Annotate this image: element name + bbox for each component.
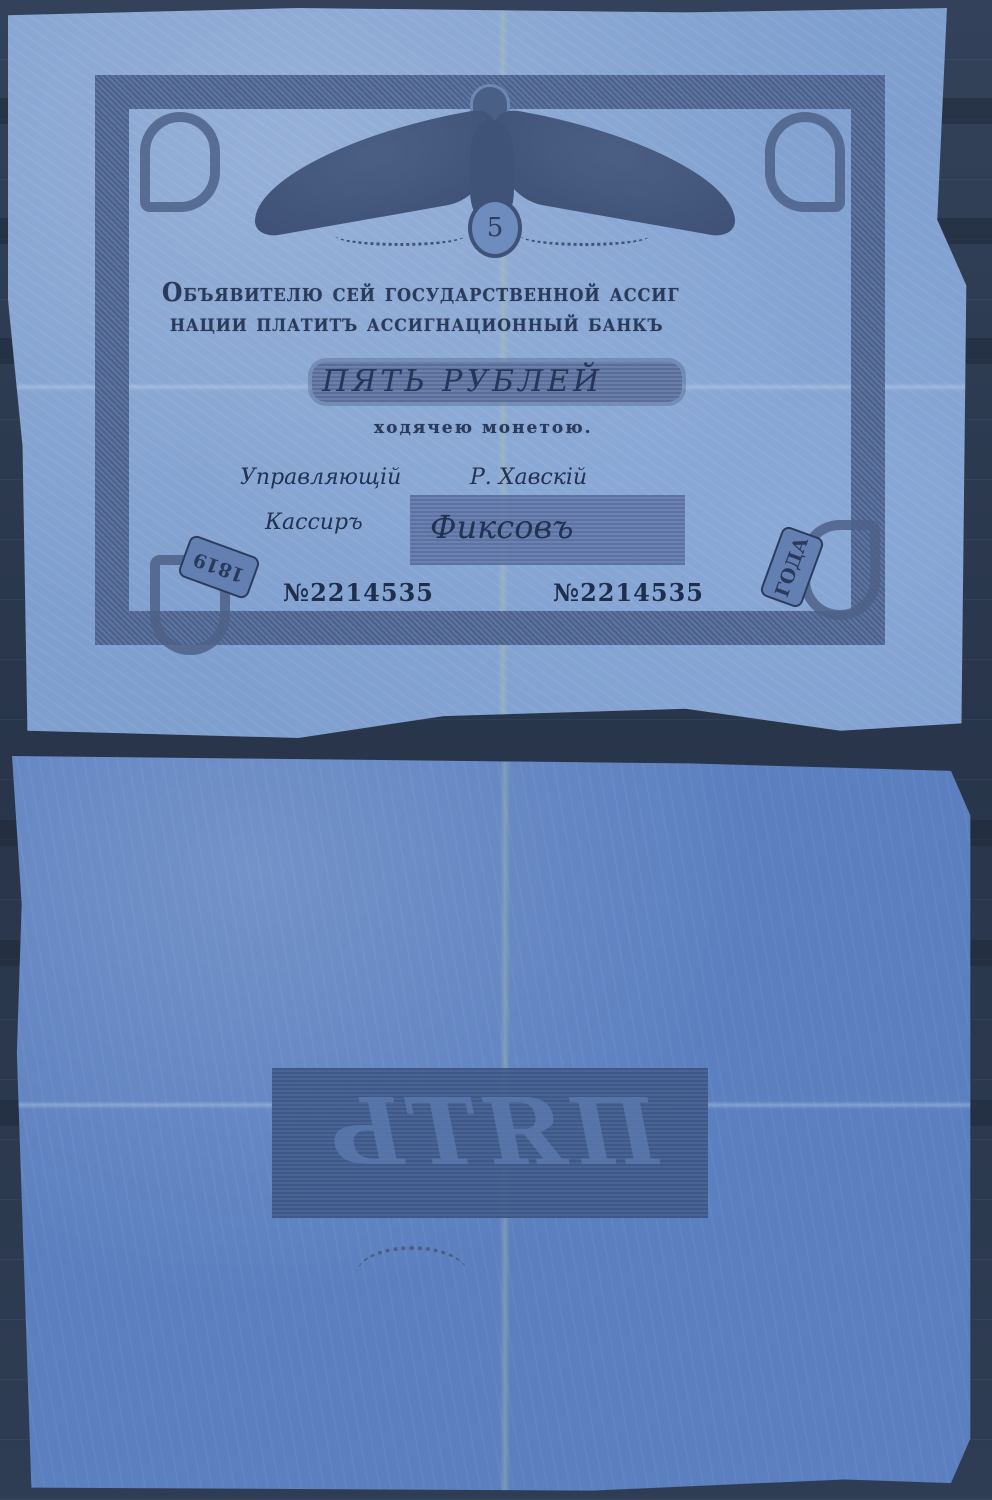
mirrored-denomination: ПЯТЬ xyxy=(272,1078,708,1186)
laurel-branch-icon xyxy=(520,225,650,246)
serial-number-right: №2214535 xyxy=(553,578,704,607)
corner-ornament-left xyxy=(140,112,220,212)
text-line-4: ходячею монетою. xyxy=(374,418,593,438)
denomination: ПЯТЬ РУБЛЕЙ xyxy=(322,364,603,399)
value-medallion: 5 xyxy=(468,198,522,258)
manager-signature: Р. Хавскій xyxy=(470,465,587,490)
corner-ornament-right xyxy=(765,112,845,212)
serial-number-left: №2214535 xyxy=(283,578,434,607)
medallion-value: 5 xyxy=(487,213,504,243)
text-line-1: Объявителю сей государственной ассиг xyxy=(162,278,680,308)
faded-stamp xyxy=(357,1246,467,1300)
banknote-back: ПЯТЬ xyxy=(12,756,980,1498)
manager-label: Управляющій xyxy=(240,465,401,490)
text-line-2: нации платитъ ассигнационный банкъ xyxy=(170,308,664,337)
oak-branch-icon xyxy=(335,225,465,246)
cashier-signature: Фиксовъ xyxy=(430,508,573,546)
cashier-label: Кассиръ xyxy=(265,510,363,535)
